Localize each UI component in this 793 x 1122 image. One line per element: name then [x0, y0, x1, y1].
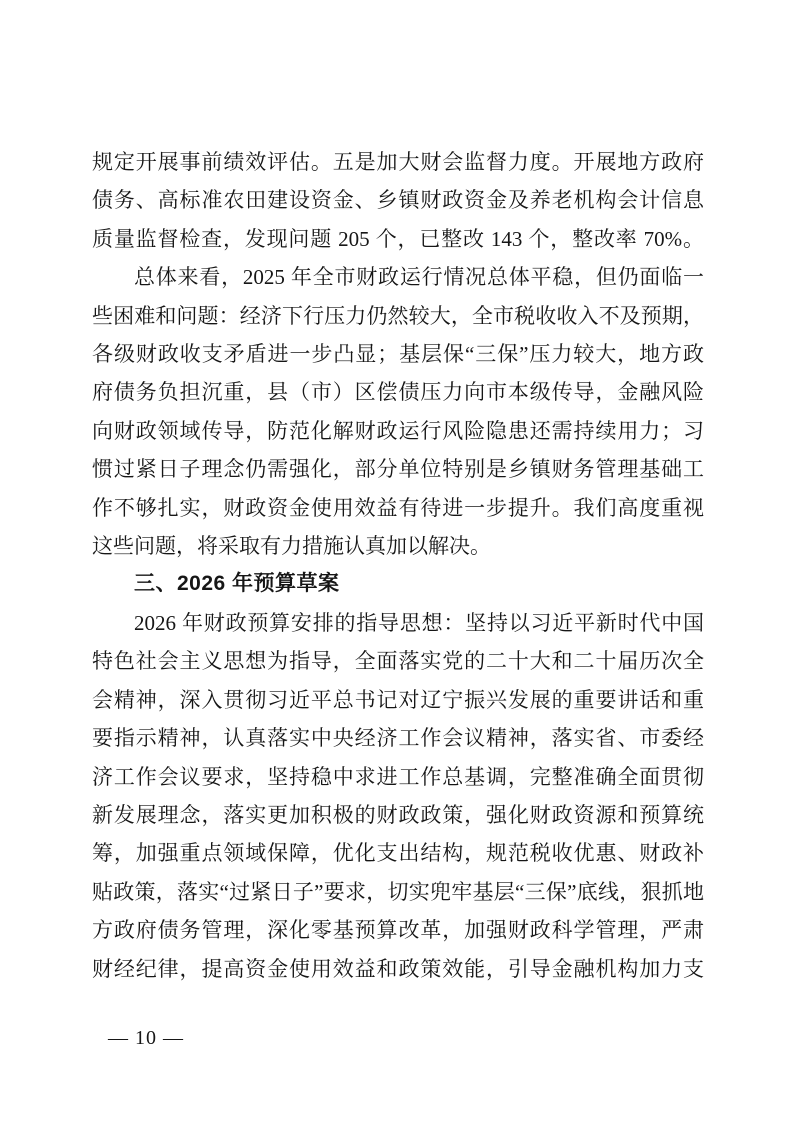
text-line: 贴政策，落实“过紧日子”要求，切实兜牢基层“三保”底线，狠抓地: [92, 873, 704, 911]
heading-line: 三、2026 年预算草案: [92, 565, 704, 603]
text-line: 作不够扎实，财政资金使用效益有待进一步提升。我们高度重视: [92, 489, 704, 527]
text-line: 筹，加强重点领域保障，优化支出结构，规范税收优惠、财政补: [92, 834, 704, 872]
text-line: 新发展理念，落实更加积极的财政政策，强化财政资源和预算统: [92, 796, 704, 834]
text-line: 债务、高标准农田建设资金、乡镇财政资金及养老机构会计信息: [92, 181, 704, 219]
text-line: 会精神，深入贯彻习近平总书记对辽宁振兴发展的重要讲话和重: [92, 681, 704, 719]
text-line: 要指示精神，认真落实中央经济工作会议精神，落实省、市委经: [92, 719, 704, 757]
text-line: 府债务负担沉重，县（市）区偿债压力向市本级传导，金融风险: [92, 373, 704, 411]
text-line: 财经纪律，提高资金使用效益和政策效能，引导金融机构加力支: [92, 950, 704, 988]
paragraph: 总体来看，2025 年全市财政运行情况总体平稳，但仍面临一些困难和问题：经济下行…: [92, 258, 704, 565]
document-body: 规定开展事前绩效评估。五是加大财会监督力度。开展地方政府债务、高标准农田建设资金…: [92, 143, 704, 988]
text-line: 惯过紧日子理念仍需强化，部分单位特别是乡镇财务管理基础工: [92, 450, 704, 488]
text-line: 这些问题，将采取有力措施认真加以解决。: [92, 527, 704, 565]
text-line: 各级财政收支矛盾进一步凸显；基层保“三保”压力较大，地方政: [92, 335, 704, 373]
text-line: 方政府债务管理，深化零基预算改革，加强财政科学管理，严肃: [92, 911, 704, 949]
page-number: — 10 —: [108, 1023, 184, 1053]
paragraph: 2026 年财政预算安排的指导思想：坚持以习近平新时代中国特色社会主义思想为指导…: [92, 604, 704, 988]
text-line: 济工作会议要求，坚持稳中求进工作总基调，完整准确全面贯彻: [92, 758, 704, 796]
text-line: 向财政领域传导，防范化解财政运行风险隐患还需持续用力；习: [92, 412, 704, 450]
section-heading: 三、2026 年预算草案: [92, 565, 704, 603]
text-line: 特色社会主义思想为指导，全面落实党的二十大和二十届历次全: [92, 642, 704, 680]
paragraph: 规定开展事前绩效评估。五是加大财会监督力度。开展地方政府债务、高标准农田建设资金…: [92, 143, 704, 258]
text-line: 2026 年财政预算安排的指导思想：坚持以习近平新时代中国: [92, 604, 704, 642]
text-line: 总体来看，2025 年全市财政运行情况总体平稳，但仍面临一: [92, 258, 704, 296]
text-line: 规定开展事前绩效评估。五是加大财会监督力度。开展地方政府: [92, 143, 704, 181]
text-line: 质量监督检查，发现问题 205 个，已整改 143 个，整改率 70%。: [92, 220, 704, 258]
document-page: 规定开展事前绩效评估。五是加大财会监督力度。开展地方政府债务、高标准农田建设资金…: [0, 0, 793, 1122]
text-line: 些困难和问题：经济下行压力仍然较大，全市税收收入不及预期，: [92, 297, 704, 335]
